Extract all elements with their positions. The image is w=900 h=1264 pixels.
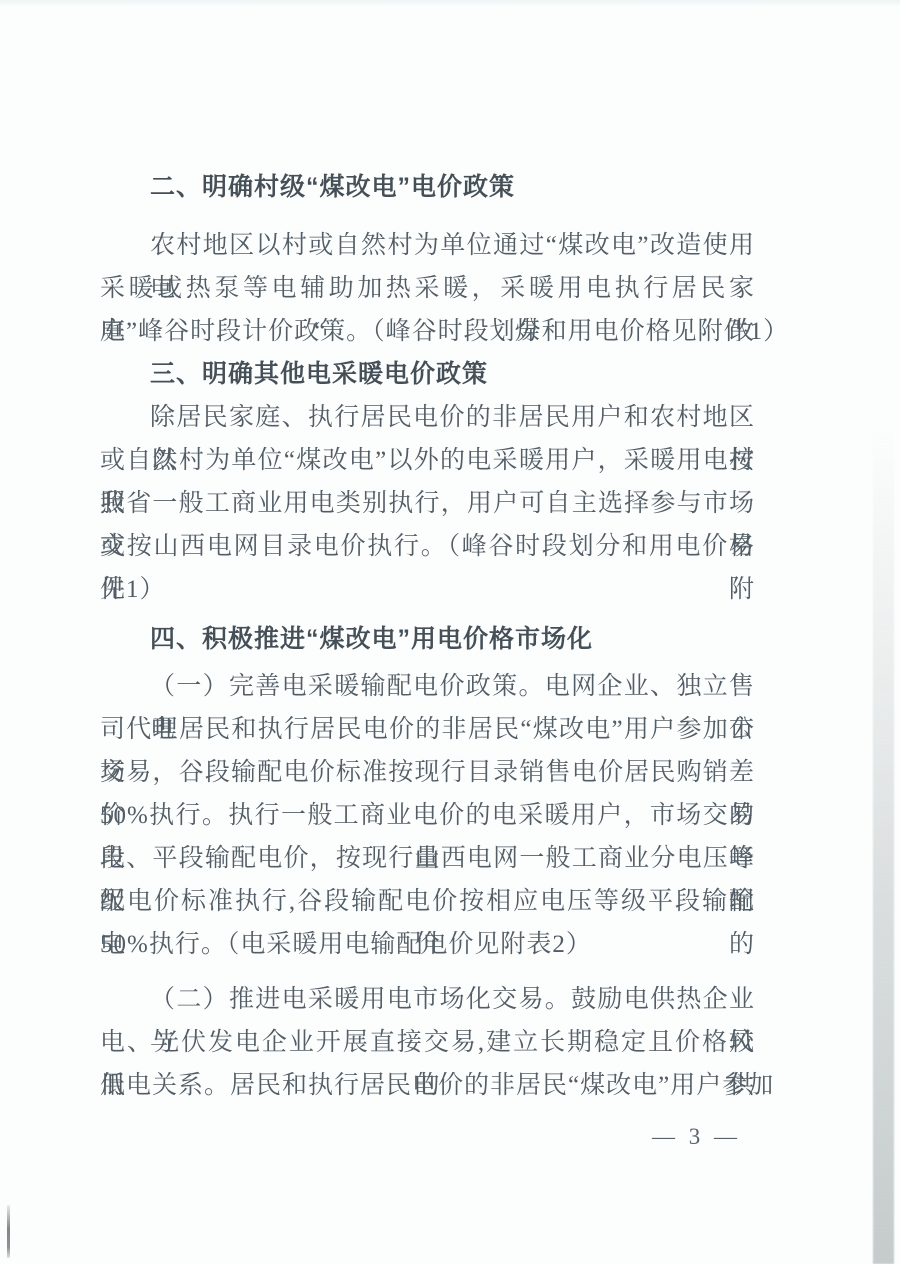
page-number: — 3 — (100, 1119, 755, 1155)
scan-left-edge-artifact (7, 1205, 10, 1258)
body-line: 电、光伏发电企业开展直接交易,建立长期稳定且价格较低的供 (100, 1021, 755, 1064)
body-line: 或自然村为单位“煤改电”以外的电采暖用户，采暖用电按照 (100, 439, 755, 482)
section-heading-4: 四、积极推进“煤改电”用电价格市场化 (100, 618, 755, 661)
body-line: 交易，谷段输配电价标准按现行目录销售电价居民购销差价的 (100, 751, 755, 794)
body-line: 采暖或热泵等电辅助加热采暖，采暖用电执行居民家庭“煤改 (100, 267, 755, 310)
body-line: 或按山西电网目录电价执行。（峰谷时段划分和用电价格见附 (100, 525, 755, 568)
body-line: 用电关系。居民和执行居民电价的非居民“煤改电”用户参加 (100, 1064, 755, 1107)
section-heading-2: 二、明确村级“煤改电”电价政策 (100, 166, 755, 209)
body-line: （二）推进电采暖用电市场化交易。鼓励电供热企业与风 (100, 978, 755, 1021)
body-line: 电”峰谷时段计价政策。（峰谷时段划分和用电价格见附件1） (100, 310, 755, 353)
body-line: （一）完善电采暖输配电价政策。电网企业、独立售电公 (100, 665, 755, 708)
body-line: 司代理居民和执行居民电价的非居民“煤改电”用户参加市场 (100, 708, 755, 751)
section-heading-3: 三、明确其他电采暖电价政策 (100, 353, 755, 396)
body-line: 除居民家庭、执行居民电价的非居民用户和农村地区以村 (100, 396, 755, 439)
document-text-block: 二、明确村级“煤改电”电价政策 农村地区以村或自然村为单位通过“煤改电”改造使用… (100, 0, 755, 1155)
body-line: 我省一般工商业用电类别执行，用户可自主选择参与市场交易 (100, 482, 755, 525)
body-line: 农村地区以村或自然村为单位通过“煤改电”改造使用电 (100, 224, 755, 267)
body-line: 段、平段输配电价，按现行山西电网一般工商业分电压等级输 (100, 837, 755, 880)
body-line: 50%执行。执行一般工商业电价的电采暖用户，市场交易电量峰 (100, 794, 755, 837)
scanned-document-page: 二、明确村级“煤改电”电价政策 农村地区以村或自然村为单位通过“煤改电”改造使用… (0, 0, 900, 1264)
scan-right-shadow-artifact (873, 420, 894, 1264)
body-line: 配电价标准执行,谷段输配电价按相应电压等级平段输配电价的 (100, 880, 755, 923)
